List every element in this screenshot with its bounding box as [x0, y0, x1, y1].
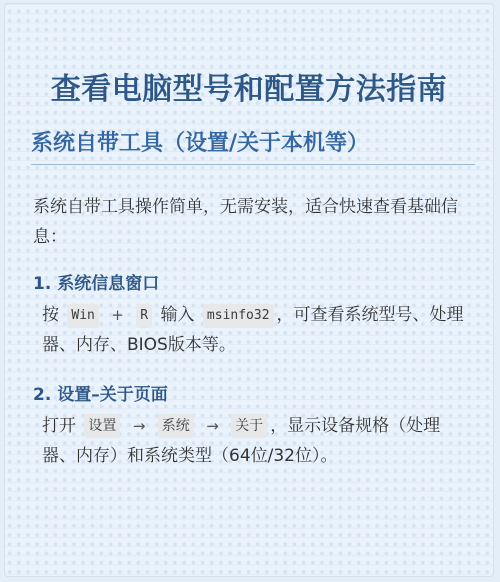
step-2-heading: 2. 设置–关于页面 [33, 380, 168, 405]
arrow-right-icon: → [206, 417, 219, 435]
step-2-prefix: 打开 [42, 416, 76, 436]
plus-sign: + [111, 306, 124, 324]
step-1-prefix: 按 [42, 305, 59, 325]
step-1-mid: 输入 [161, 305, 195, 325]
path-system: 系统 [158, 414, 194, 438]
path-about: 关于 [231, 414, 267, 438]
step-1-heading: 1. 系统信息窗口 [33, 269, 159, 294]
key-r: R [136, 304, 152, 328]
step-1-body: 按 Win + R 输入 msinfo32，可查看系统型号、处理器、内存、BIO… [42, 300, 472, 360]
section-intro: 系统自带工具操作简单，无需安装，适合快速查看基础信息： [33, 192, 473, 252]
step-2-body: 打开 设置 → 系统 → 关于，显示设备规格（处理器、内存）和系统类型（64位/… [42, 411, 472, 471]
command-msinfo32: msinfo32 [203, 304, 274, 328]
section-title: 系统自带工具（设置/关于本机等） [31, 126, 369, 157]
path-settings: 设置 [84, 414, 120, 438]
guide-card: 查看电脑型号和配置方法指南 系统自带工具（设置/关于本机等） 系统自带工具操作简… [4, 3, 494, 577]
key-win: Win [67, 304, 98, 328]
section-divider [31, 164, 475, 165]
page-title: 查看电脑型号和配置方法指南 [5, 64, 493, 108]
arrow-right-icon: → [133, 417, 146, 435]
